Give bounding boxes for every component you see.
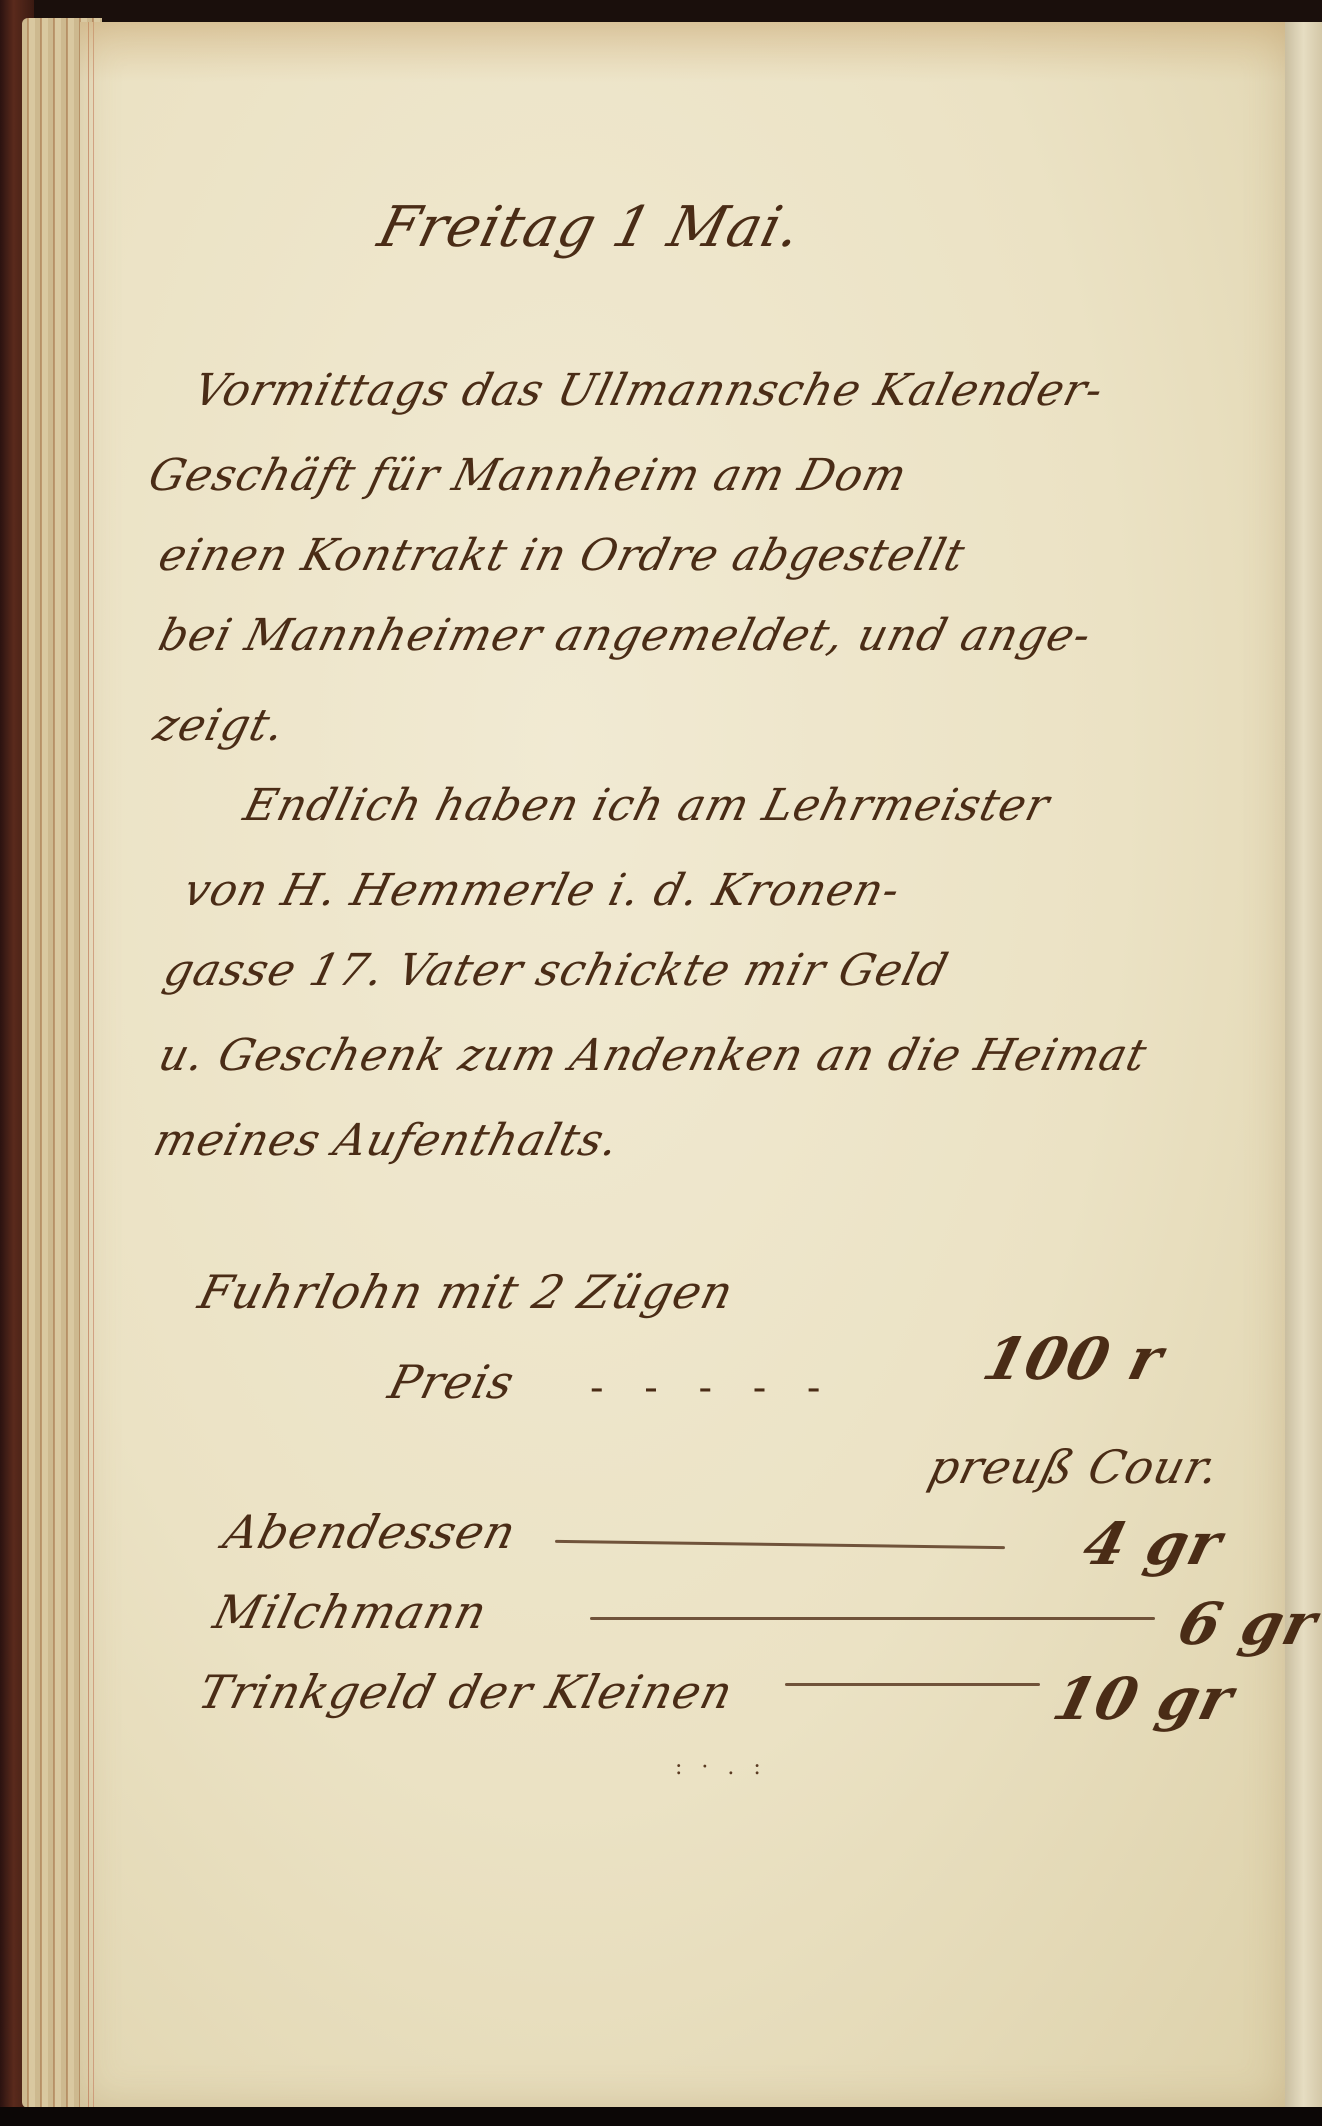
ledger-entry-label: Preis <box>383 1355 520 1409</box>
ledger-item-rule <box>785 1683 1040 1686</box>
body-line-8: gasse 17. Vater schickte mir Geld <box>159 945 954 996</box>
ledger-item-amount: 6 gr <box>1172 1590 1322 1658</box>
currency-note: preuß Cour. <box>923 1440 1225 1494</box>
body-line-9: u. Geschenk zum Andenken an die Heimat <box>154 1030 1153 1081</box>
body-line-5: zeigt. <box>149 700 291 751</box>
ledger-entry-amount: 100 r <box>977 1325 1171 1393</box>
body-line-6: Endlich haben ich am Lehrmeister <box>239 780 1055 831</box>
ledger-item-amount: 10 gr <box>1047 1665 1241 1733</box>
page-heading-date: Freitag 1 Mai. <box>372 195 808 260</box>
stray-ink-marks: : · . : <box>675 1755 767 1780</box>
scan-bottom-border <box>0 2107 1322 2126</box>
ledger-item-rule <box>590 1617 1155 1620</box>
ledger-item-amount: 4 gr <box>1077 1510 1230 1578</box>
body-line-7: von H. Hemmerle i. d. Kronen- <box>179 865 906 916</box>
body-line-10: meines Aufenthalts. <box>149 1115 625 1166</box>
ledger-item-label: Abendessen <box>218 1505 522 1559</box>
ledger-dotted-leader: - - - - - <box>590 1365 834 1411</box>
ledger-item-label: Milchmann <box>208 1585 493 1639</box>
facing-page-edge <box>1285 22 1322 2107</box>
body-line-4: bei Mannheimer angemeldet, und ange- <box>154 610 1097 661</box>
ledger-entry-title: Fuhrlohn mit 2 Zügen <box>193 1265 739 1319</box>
body-line-3: einen Kontrakt in Ordre abgestellt <box>154 530 971 581</box>
body-line-1: Vormittags das Ullmannsche Kalender- <box>189 365 1109 416</box>
ledger-item-label: Trinkgeld der Kleinen <box>193 1665 739 1719</box>
body-line-2: Geschäft für Mannheim am Dom <box>144 450 913 501</box>
